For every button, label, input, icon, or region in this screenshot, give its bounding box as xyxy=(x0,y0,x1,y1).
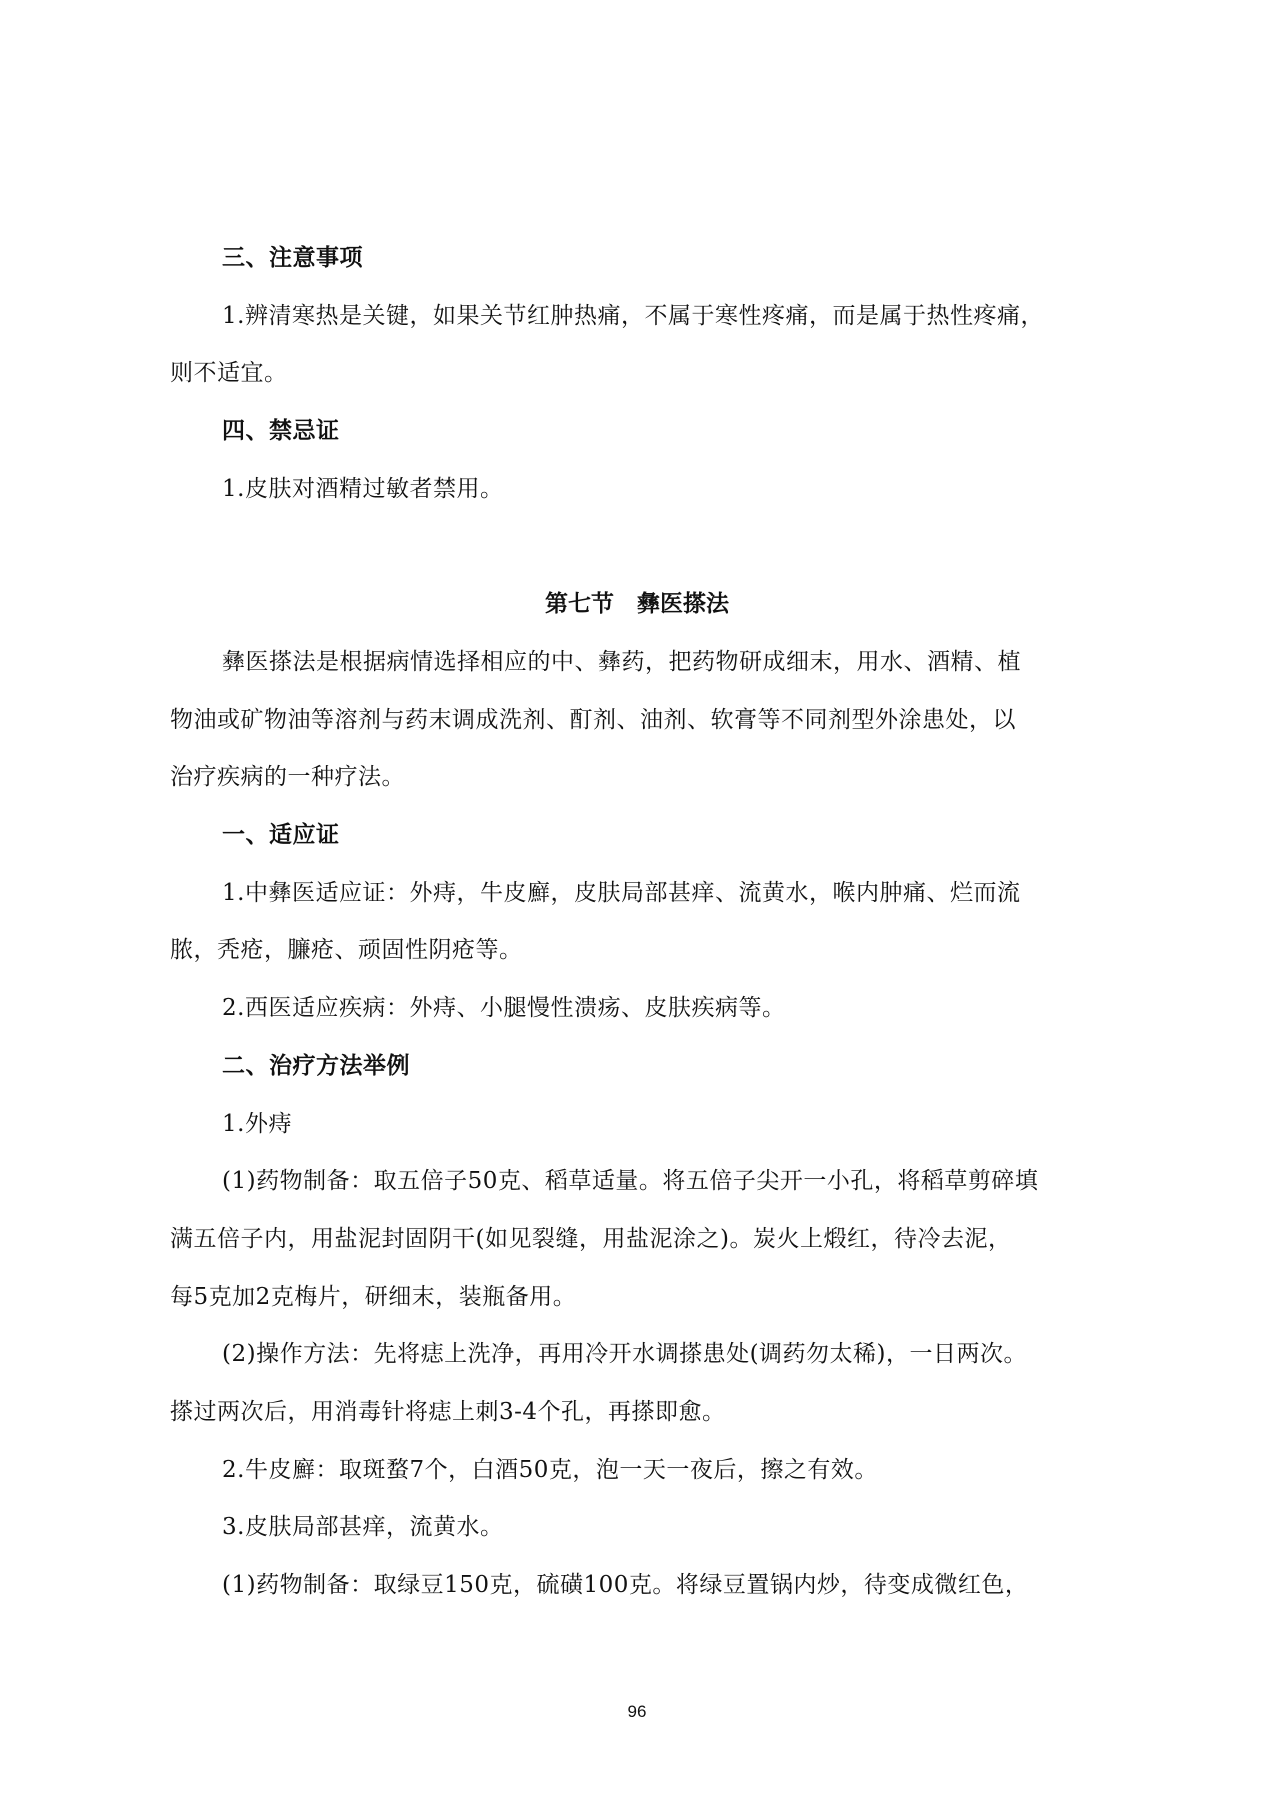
paragraph-line: 3.皮肤局部甚痒，流黄水。 xyxy=(222,1512,503,1542)
paragraph-line: 脓，秃疮，臁疮、顽固性阴疮等。 xyxy=(170,935,523,965)
section-heading-precautions: 三、注意事项 xyxy=(222,243,363,273)
paragraph-line: 则不适宜。 xyxy=(170,358,288,388)
document-page: 三、注意事项 1.辨清寒热是关键，如果关节红肿热痛，不属于寒性疼痛，而是属于热性… xyxy=(0,0,1274,1801)
paragraph-line: 治疗疾病的一种疗法。 xyxy=(170,762,405,792)
paragraph-line: 搽过两次后，用消毒针将痣上刺3-4个孔，再搽即愈。 xyxy=(170,1397,726,1427)
paragraph-line: (2)操作方法：先将痣上洗净，再用冷开水调搽患处(调药勿太稀)，一日两次。 xyxy=(222,1339,1027,1369)
paragraph-line: (1)药物制备：取五倍子50克、稻草适量。将五倍子尖开一小孔，将稻草剪碎填 xyxy=(222,1166,1038,1196)
paragraph-line: 1.中彝医适应证：外痔，牛皮廯，皮肤局部甚痒、流黄水，喉内肿痛、烂而流 xyxy=(222,878,1020,908)
paragraph-line: 彝医搽法是根据病情选择相应的中、彝药，把药物研成细末，用水、酒精、植 xyxy=(222,647,1021,677)
paragraph-line: 物油或矿物油等溶剂与药末调成洗剂、酊剂、油剂、软膏等不同剂型外涂患处，以 xyxy=(170,705,1016,735)
paragraph-line: 1.外痔 xyxy=(222,1109,292,1139)
paragraph-line: 1.皮肤对酒精过敏者禁用。 xyxy=(222,474,503,504)
chapter-title: 第七节 彝医搽法 xyxy=(0,589,1274,619)
page-number: 96 xyxy=(0,1702,1274,1722)
section-heading-indications: 一、适应证 xyxy=(222,820,340,850)
paragraph-line: 1.辨清寒热是关键，如果关节红肿热痛，不属于寒性疼痛，而是属于热性疼痛， xyxy=(222,301,1044,331)
section-heading-contraindications: 四、禁忌证 xyxy=(222,416,340,446)
paragraph-line: 2.西医适应疾病：外痔、小腿慢性溃疡、皮肤疾病等。 xyxy=(222,993,785,1023)
paragraph-line: 2.牛皮廯：取斑蝥7个，白酒50克，泡一天一夜后，擦之有效。 xyxy=(222,1455,878,1485)
paragraph-line: (1)药物制备：取绿豆150克，硫磺100克。将绿豆置锅内炒，待变成微红色， xyxy=(222,1570,1028,1600)
paragraph-line: 满五倍子内，用盐泥封固阴干(如见裂缝，用盐泥涂之)。炭火上煅红，待冷去泥， xyxy=(170,1224,1011,1254)
section-heading-treatment-examples: 二、治疗方法举例 xyxy=(222,1051,410,1081)
paragraph-line: 每5克加2克梅片，研细末，装瓶备用。 xyxy=(170,1282,576,1312)
